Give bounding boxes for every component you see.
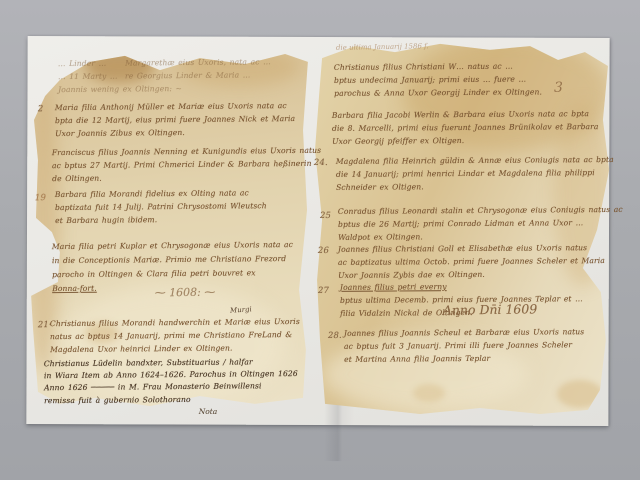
register-entry: 24.Magdalena filia Heinrich güldin & Ann…	[336, 154, 594, 194]
entry-line: bpta die 12 Martij, eius primi fuere Joa…	[55, 113, 310, 128]
entry-line: in die Conceptionis Mariæ. Primio me Chr…	[52, 252, 307, 268]
entry-number: 2	[38, 103, 44, 116]
entry-line: baptizata fuit 14 Julij. Patrini Chrysos…	[55, 200, 295, 215]
entry-line: Joannis wening ex Oltingen: ~	[58, 81, 310, 96]
entry-line: ac bptus 27 Martij. Primi Chmerici Linde…	[52, 158, 310, 173]
entry-line: Uxor Georgij pfeiffer ex Oltigen.	[332, 134, 594, 149]
entry-line: die 8. Marcelli, primi eius fuerunt Joan…	[332, 121, 594, 136]
marginal-annotation: Murgi	[230, 305, 252, 314]
year-heading-anno-dni-1609: Anno Dn̄i 1609	[418, 301, 562, 318]
register-entry: Franciscus filius Joannis Nenning et Kun…	[52, 145, 310, 186]
entry-line: Magdalena Uxor heinrici Linder ex Olting…	[50, 341, 308, 356]
register-entry: Christianus filius Christiani W… natus a…	[334, 60, 586, 100]
register-entry: … Linder … Margarethæ eius Uxoris, nata …	[58, 56, 310, 97]
entry-line: et Barbara hugin ibidem.	[55, 213, 295, 228]
entry-line: parochus & Anna Uxor Georgij Linder ex O…	[334, 86, 586, 101]
nota-label: Nota	[148, 407, 268, 416]
entry-line: Schneider ex Oltigen.	[336, 180, 594, 195]
entry-line: et Martina Anna filia Joannis Teplar	[344, 352, 594, 367]
register-entry: 2Maria filia Anthonij Müller et Mariæ ei…	[55, 100, 310, 141]
register-entry: 25Conradus filius Leonardi stalin et Chr…	[338, 204, 594, 244]
photographed-manuscript-scene: … Linder … Margarethæ eius Uxoris, nata …	[0, 0, 640, 480]
year-heading-1608: ⁓ 1608: ⁓	[118, 285, 252, 300]
entry-line: natus ac bptus 14 Januarij, primi me Chr…	[50, 329, 308, 344]
entry-number: 21·	[38, 319, 52, 332]
entry-line: die 14 Januarij; primi henrici Lindar et…	[336, 167, 594, 182]
register-entry: Barbara filia Jacobi Werlin & Barbara ei…	[332, 108, 594, 148]
faded-header-line: die ultima Januarij 1586 f.	[336, 42, 429, 52]
register-entry: 26Joannes filius Christiani Goll et Elis…	[338, 242, 594, 282]
handwriting-layer: … Linder … Margarethæ eius Uxoris, nata …	[0, 0, 640, 480]
entry-number: 28.	[328, 330, 342, 343]
register-entry-later-note: Christianus Lüdelin bandxter, Substituar…	[44, 356, 318, 407]
register-entry: 19Barbara filia Morandi fidelius ex Olti…	[55, 187, 295, 227]
entry-line: Uxor Joannis Zibus ex Oltingen.	[55, 125, 310, 140]
entry-line: ac bptus fuit 3 Januarij. Primi illi fue…	[344, 339, 594, 354]
register-entry: 21·Christianus filius Morandi handwerchi…	[50, 316, 308, 357]
entry-number: 19	[35, 192, 46, 205]
entry-line: ac baptizatus ultima Octob. primi fuere …	[338, 255, 594, 270]
entry-line: remissa fuit à gubernio Solothorano	[44, 392, 318, 407]
entry-line: bptus die 26 Martij; primi Conrado Lidma…	[338, 217, 594, 232]
entry-number: 27	[318, 285, 329, 298]
entry-number: 26	[318, 245, 329, 258]
register-entry: 28.Joannes filius Joannis Scheul et Barb…	[344, 326, 594, 366]
entry-number: 24.	[314, 157, 328, 170]
entry-number: 25	[320, 210, 331, 223]
entry-line: de Oltingen.	[52, 170, 310, 185]
